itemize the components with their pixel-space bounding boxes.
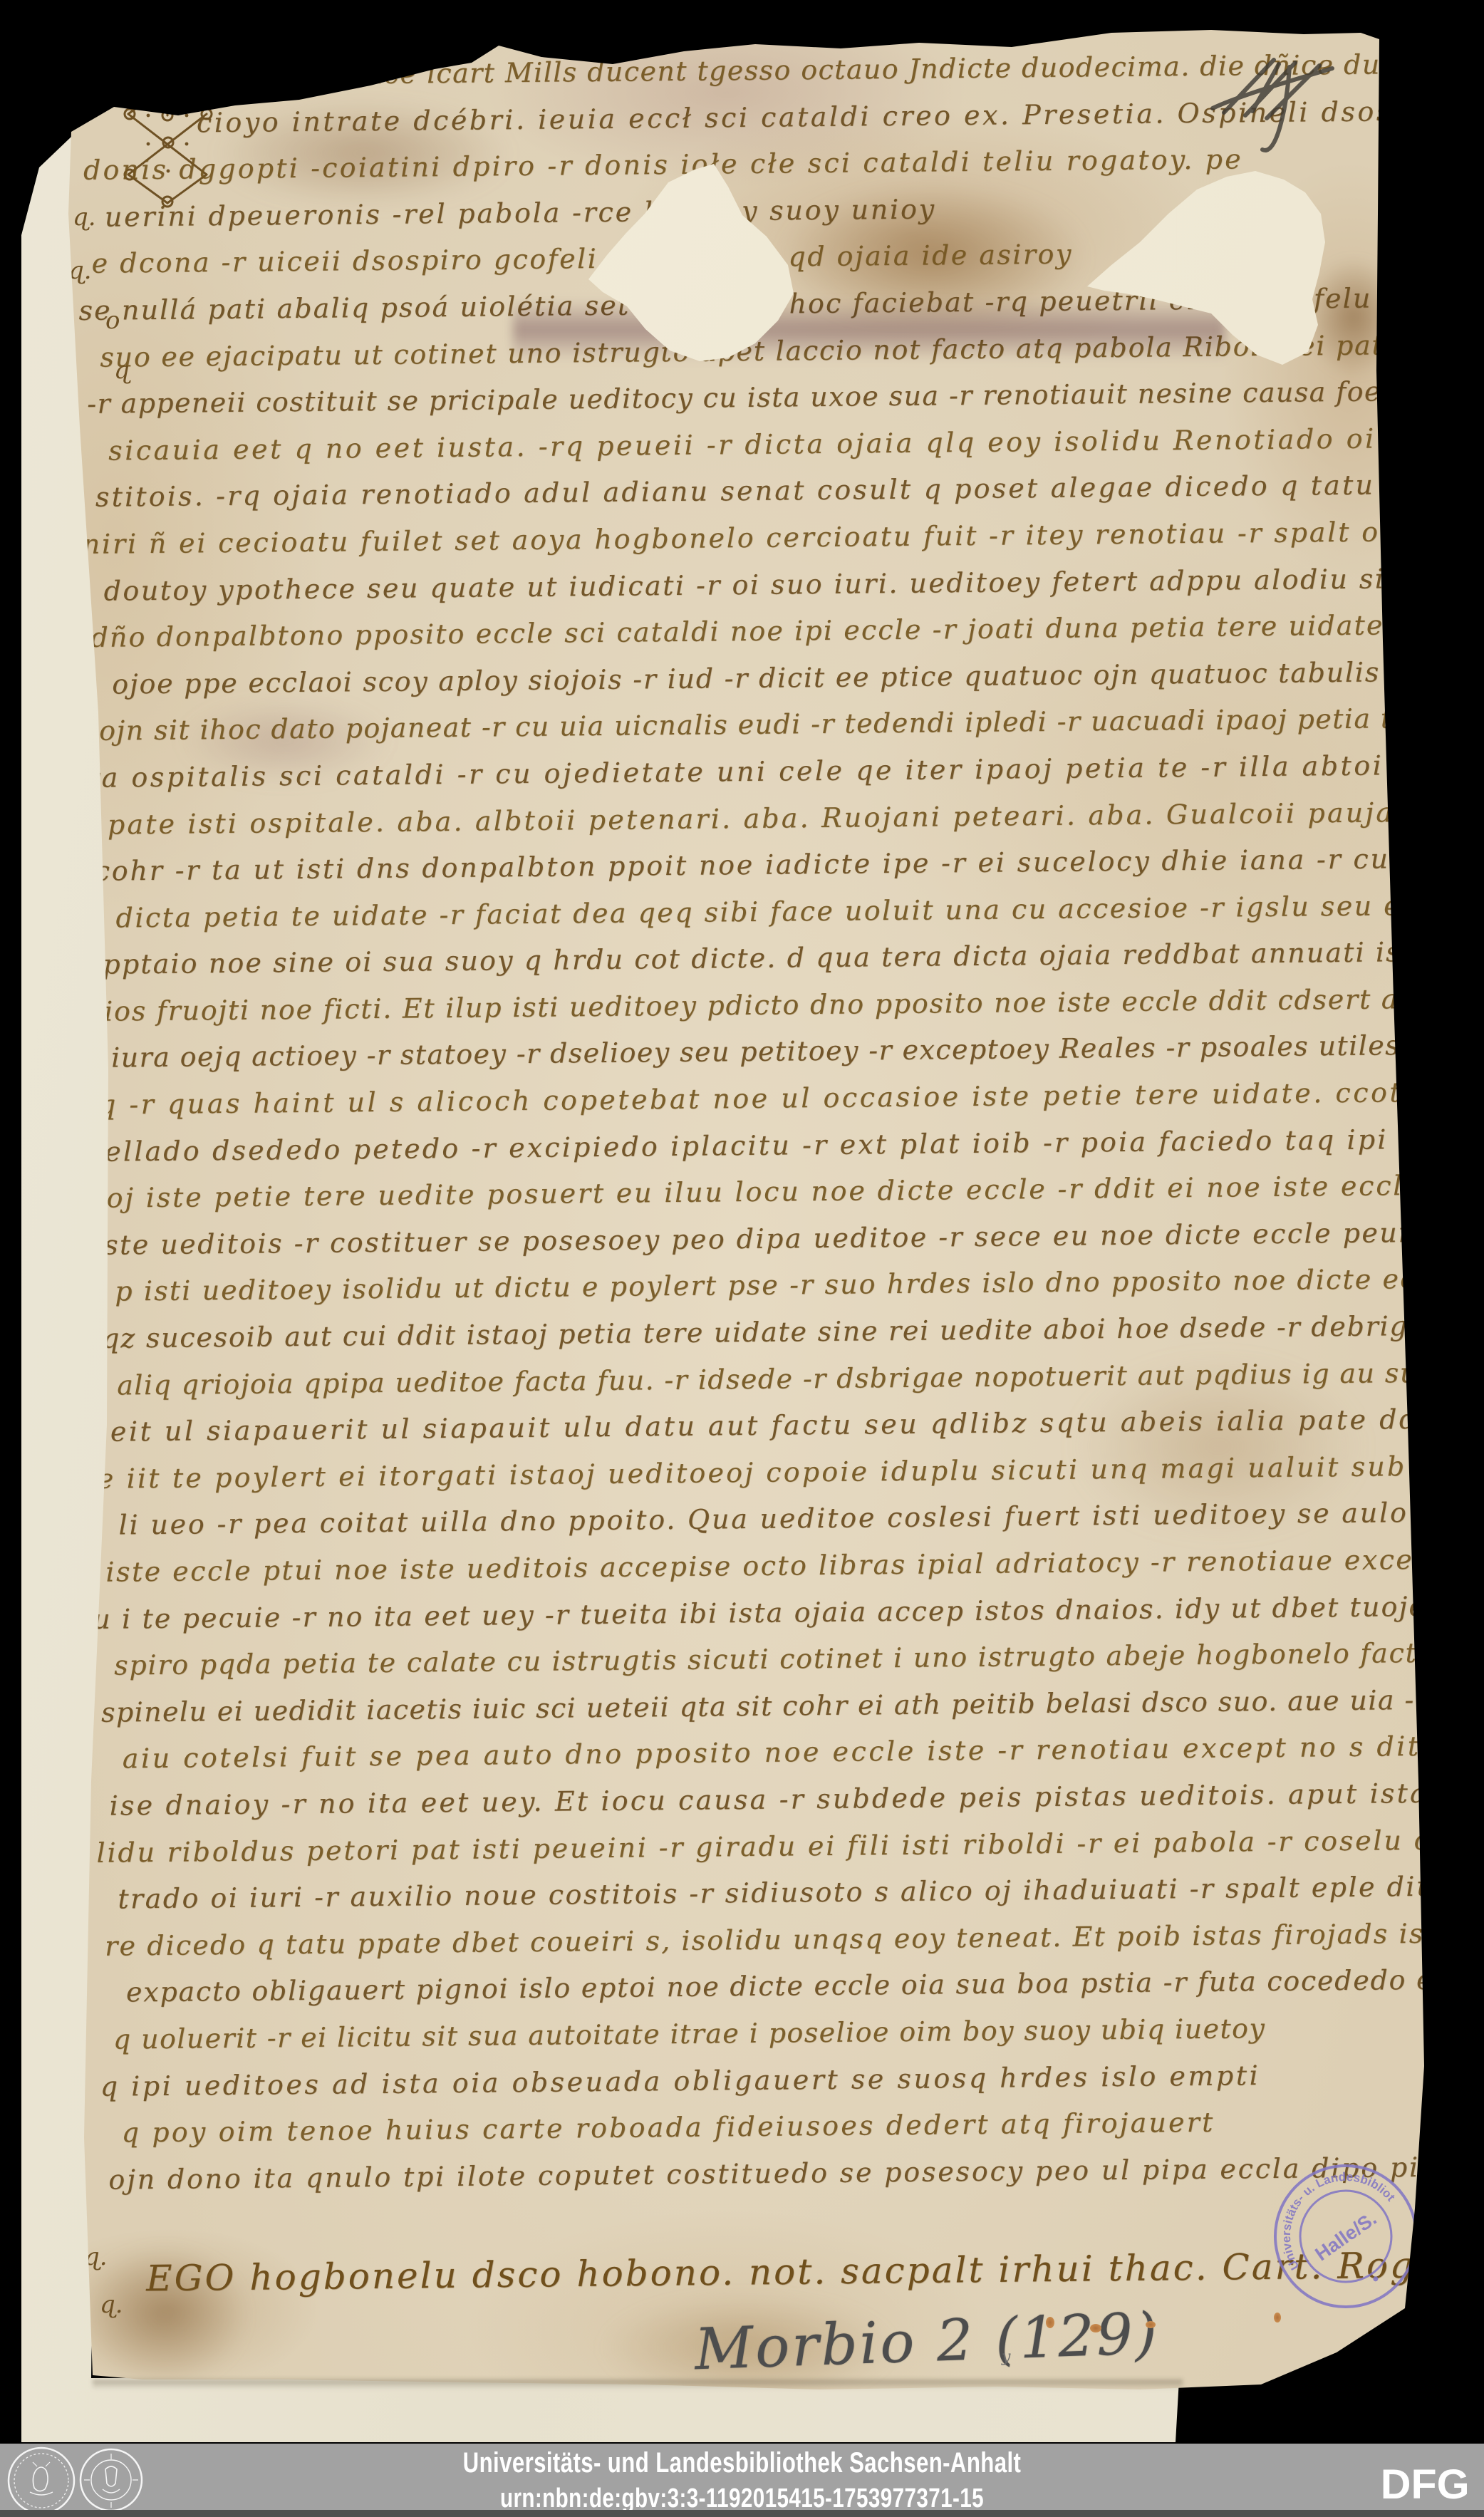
library-name: Universitäts- und Landesbibliothek Sachs… bbox=[463, 2447, 1022, 2479]
margin-mark: ɋ. bbox=[100, 2290, 123, 2319]
footer-bar: Universitäts- und Landesbibliothek Sachs… bbox=[0, 2444, 1484, 2517]
university-seals bbox=[4, 2445, 154, 2516]
stain-speck bbox=[1090, 2324, 1101, 2332]
footer-dark-strip bbox=[0, 2510, 1484, 2517]
stain-speck bbox=[1146, 2321, 1156, 2328]
footer-center-text: Universitäts- und Landesbibliothek Sachs… bbox=[163, 2444, 1321, 2517]
pencil-shelfmark: Morbio 2 (129) bbox=[694, 2300, 1161, 2383]
university-seal-halle-icon bbox=[9, 2448, 74, 2513]
university-seal-wittenberg-icon bbox=[81, 2449, 142, 2511]
dfg-logo: DFG bbox=[1380, 2461, 1469, 2508]
digitized-scan-page: ɋ. ɋ. o ɋ ɋ. ɋ. Anno dñice icart Mills d… bbox=[0, 0, 1484, 2517]
parchment-edge-shadow bbox=[93, 2380, 1183, 2389]
stamp-center-text: Halle/S. bbox=[1311, 2208, 1380, 2266]
manuscript-lines: Anno dñice icart Mills ducent tgesso oct… bbox=[75, 41, 1456, 2204]
stain-speck bbox=[1046, 2317, 1054, 2328]
stain-speck bbox=[1274, 2313, 1281, 2323]
pencil-small-mark: y bbox=[1002, 2348, 1010, 2366]
crossed-shelfmark-mark bbox=[1183, 43, 1368, 228]
parchment-charter: ɋ. ɋ. o ɋ ɋ. ɋ. Anno dñice icart Mills d… bbox=[0, 0, 1484, 2517]
